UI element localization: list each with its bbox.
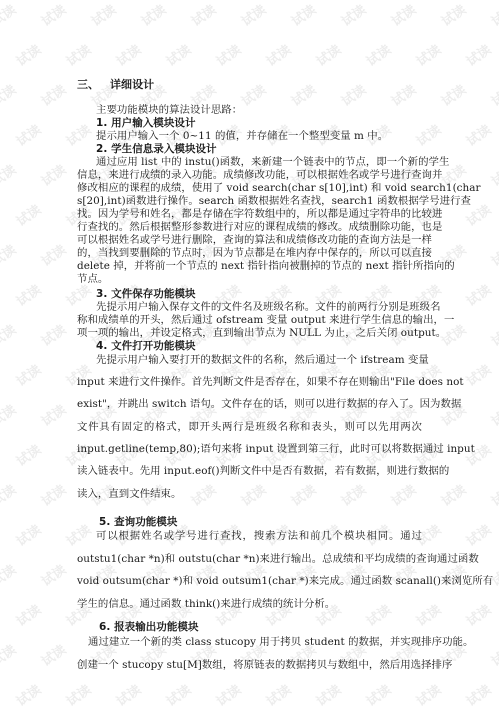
- paragraph-line: 先提示用户输入要打开的数据文件的名称，然后通过一个 ifstream 变量: [96, 354, 422, 367]
- paragraph-line: 信息，来进行成绩的录入功能。成绩修改功能，可以根据姓名或学号进行查询并: [77, 169, 422, 182]
- paragraph-line: 文件具有固定的格式，即开头两行是班级名称和表头，则可以先用两次: [77, 421, 422, 434]
- paragraph-line: 创建一个 stucopy stu[M]数组，将原链表的数据拷贝与数组中，然后用选…: [77, 659, 452, 672]
- section-number: 三、: [77, 78, 99, 91]
- paragraph-line: 项一项的输出，并设定格式，直到输出节点为 NULL 为止，之后关闭 output…: [77, 327, 446, 340]
- paragraph-line: outstu1(char *n)和 outstu(char *n)来进行输出。总…: [77, 553, 422, 566]
- paragraph-line: 读入，直到文件结束。: [77, 488, 181, 501]
- paragraph-line: 提示用户输入一个 0~11 的值，并存储在一个整型变量 m 中。: [96, 130, 388, 143]
- paragraph-line: 学生的信息。通过函数 think()来进行成绩的统计分析。: [77, 598, 335, 611]
- section-title: 详细设计: [110, 78, 154, 91]
- paragraph-line: void outsum(char *)和 void outsum1(char *…: [77, 575, 422, 588]
- paragraph-line: 通过建立一个新的类 class stucopy 用于拷贝 student 的数据…: [88, 636, 473, 649]
- paragraph-line: 可以根据姓名或学号进行查找，搜索方法和前几个模块相同。通过: [96, 530, 422, 543]
- paragraph-line: input 来进行文件操作。首先判断文件是否存在，如果不存在则输出"File d…: [77, 376, 422, 389]
- subsection-heading-5: 5. 查询功能模块: [99, 516, 177, 529]
- paragraph-line: 先提示用户输入保存文件的文件名及班级名称。文件的前两行分别是班级名: [96, 301, 422, 314]
- subsection-heading-4: 4. 文件打开功能模块: [96, 340, 196, 353]
- intro-text: 主要功能模块的算法设计思路：: [96, 104, 242, 117]
- paragraph-line: 可以根据姓名或学号进行删除，查询的算法和成绩修改功能的查询方法是一样: [77, 234, 422, 247]
- paragraph-line: 读入链表中。先用 input.eof()判断文件中是否有数据，若有数据，则进行数…: [77, 465, 422, 478]
- subsection-heading-1: 1. 用户输入模块设计: [96, 117, 196, 130]
- paragraph-line: 称和成绩单的开头，然后通过 ofstream 变量 output 来进行学生信息…: [77, 314, 422, 327]
- paragraph-line: 修改相应的课程的成绩，使用了 void search(char s[10],in…: [77, 182, 422, 195]
- document-page: 三、 详细设计 主要功能模块的算法设计思路： 1. 用户输入模块设计 提示用户输…: [0, 0, 499, 706]
- paragraph-line: 通过应用 list 中的 instu()函数，来新建一个链表中的节点，即一个新的…: [96, 156, 422, 169]
- paragraph-line: delete 掉，并将前一个节点的 next 指针指向被删掉的节点的 next …: [77, 260, 422, 273]
- paragraph-line: 节点。: [77, 273, 108, 286]
- paragraph-line: s[20],int)函数进行操作。search 函数根据姓名查找，search1…: [77, 195, 422, 208]
- subsection-heading-2: 2. 学生信息录入模块设计: [96, 143, 217, 156]
- paragraph-line: 的，当找到要删除的节点时，因为节点都是在堆内存中保存的，所以可以直接: [77, 247, 422, 260]
- subsection-heading-3: 3. 文件保存功能模块: [96, 288, 196, 301]
- subsection-heading-6: 6. 报表输出功能模块: [99, 621, 199, 634]
- paragraph-line: 行查找的。然后根据整形参数进行对应的课程成绩的修改。成绩删除功能，也是: [77, 221, 422, 234]
- paragraph-line: 找。因为学号和姓名，都是存储在字符数组中的，所以都是通过字符串的比较进: [77, 208, 422, 221]
- paragraph-line: exist"，并跳出 switch 语句。文件存在的话，则可以进行数据的存入了。…: [77, 398, 422, 411]
- paragraph-line: input.getline(temp,80);语句来将 input 设置到第三行…: [77, 443, 422, 456]
